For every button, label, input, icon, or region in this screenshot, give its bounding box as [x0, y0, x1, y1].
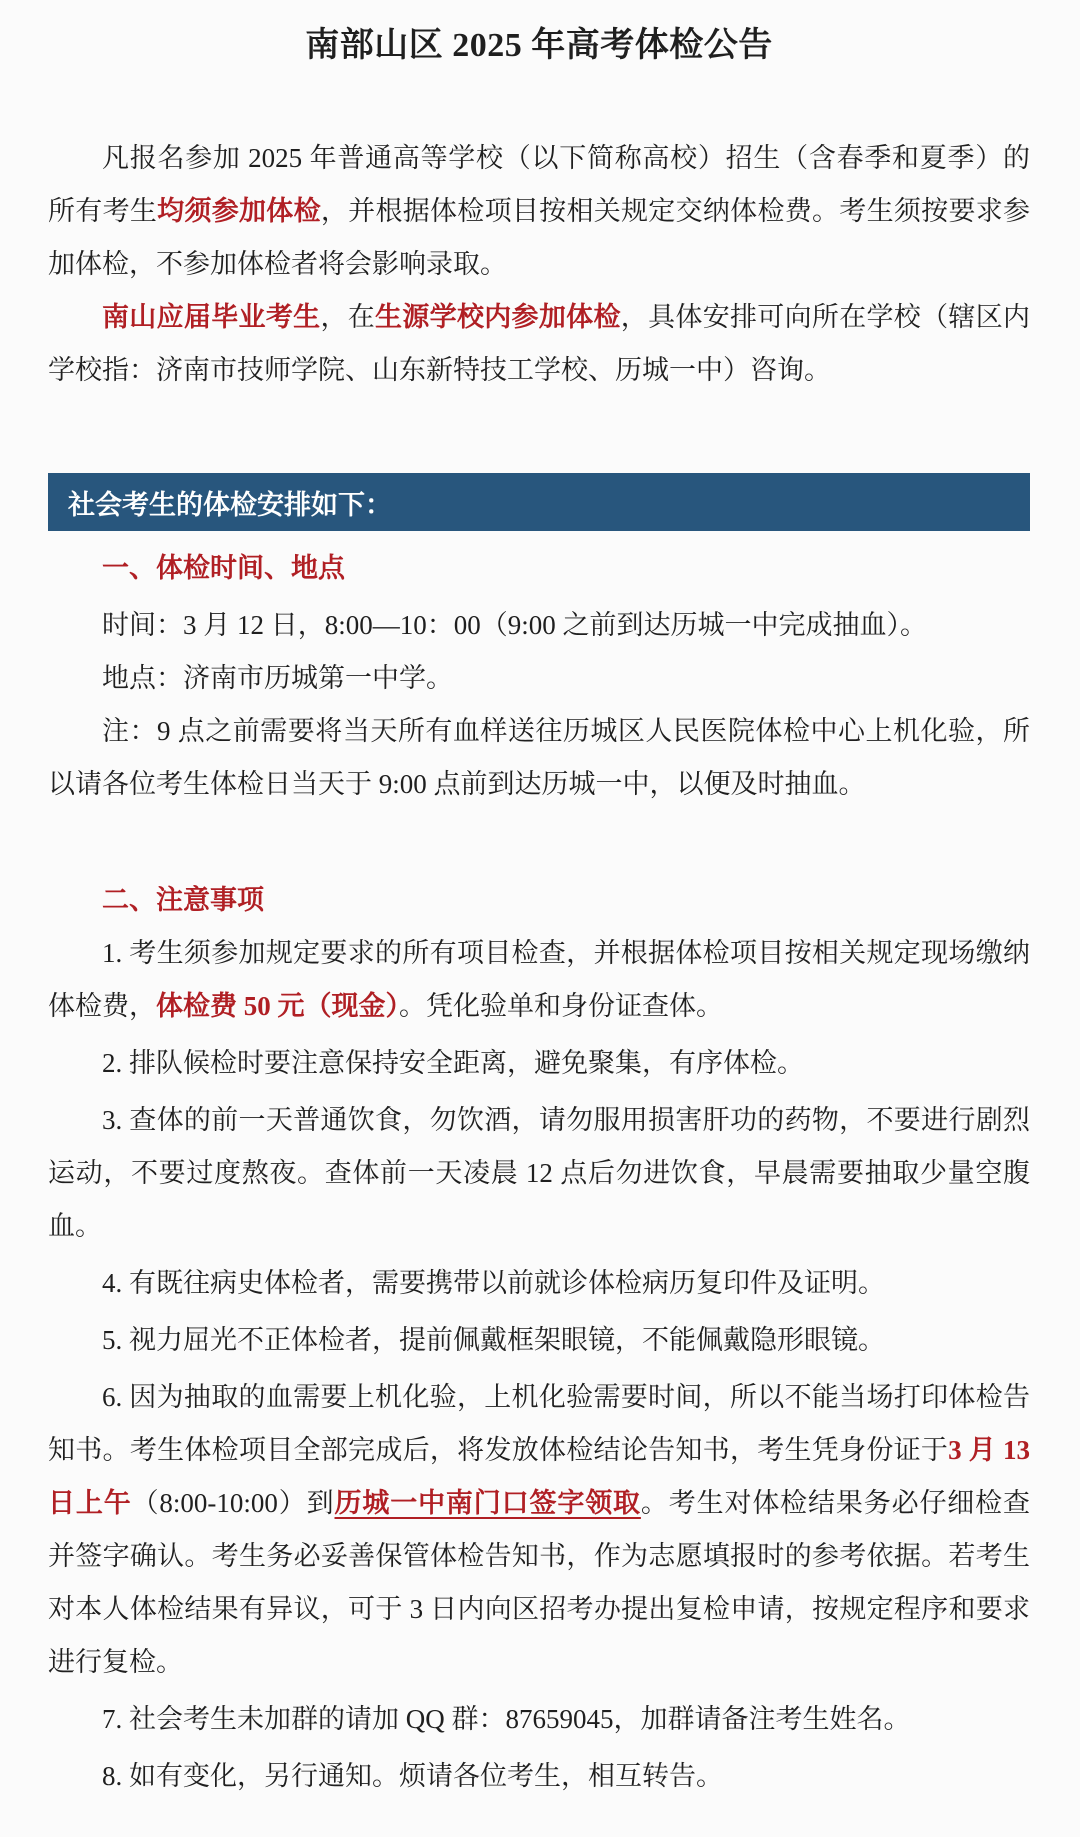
section-banner: 社会考生的体检安排如下： — [48, 473, 1030, 531]
body-text: 5. 视力屈光不正体检者，提前佩戴框架眼镜，不能佩戴隐形眼镜。 — [102, 1325, 885, 1355]
note-line: 注：9 点之前需要将当天所有血样送往历城区人民医院体检中心上机化验，所以请各位考… — [48, 705, 1030, 811]
emphasis-text: 体检费 50 元（现金） — [156, 991, 399, 1021]
section-heading-time-place: 一、体检时间、地点 — [48, 551, 1030, 585]
notice-item-1: 1. 考生须参加规定要求的所有项目检查，并根据体检项目按相关规定现场缴纳体检费，… — [48, 927, 1030, 1033]
section-banner-label: 社会考生的体检安排如下： — [68, 483, 392, 522]
notes-item-list: 1. 考生须参加规定要求的所有项目检查，并根据体检项目按相关规定现场缴纳体检费，… — [48, 927, 1030, 1803]
body-text: 6. 因为抽取的血需要上机化验，上机化验需要时间，所以不能当场打印体检告知书。考… — [48, 1382, 1030, 1465]
section-heading-notes: 二、注意事项 — [48, 883, 1030, 917]
intro-paragraph-2: 南山应届毕业考生，在生源学校内参加体检，具体安排可向所在学校（辖区内学校指：济南… — [48, 291, 1030, 397]
emphasis-text: 南山应届毕业考生 — [102, 302, 320, 332]
notice-item-5: 5. 视力屈光不正体检者，提前佩戴框架眼镜，不能佩戴隐形眼镜。 — [48, 1314, 1030, 1367]
body-text: 地点：济南市历城第一中学。 — [102, 663, 453, 693]
intro-paragraph-1: 凡报名参加 2025 年普通高等学校（以下简称高校）招生（含春季和夏季）的所有考… — [48, 132, 1030, 291]
notice-item-3: 3. 查体的前一天普通饮食，勿饮酒，请勿服用损害肝功的药物，不要进行剧烈运动，不… — [48, 1094, 1030, 1253]
body-text: ，在 — [320, 302, 375, 332]
body-text: 。凭化验单和身份证查体。 — [399, 991, 723, 1021]
body-text: （8:00-10:00）到 — [132, 1488, 335, 1518]
time-line: 时间：3 月 12 日，8:00—10：00（9:00 之前到达历城一中完成抽血… — [48, 599, 1030, 652]
body-text: 2. 排队候检时要注意保持安全距离，避免聚集，有序体检。 — [102, 1048, 804, 1078]
emphasis-text: 历城一中南门口签字领取 — [335, 1488, 641, 1518]
notice-item-2: 2. 排队候检时要注意保持安全距离，避免聚集，有序体检。 — [48, 1037, 1030, 1090]
body-text: 4. 有既往病史体检者，需要携带以前就诊体检病历复印件及证明。 — [102, 1268, 885, 1298]
place-line: 地点：济南市历城第一中学。 — [48, 652, 1030, 705]
body-text: 注：9 点之前需要将当天所有血样送往历城区人民医院体检中心上机化验，所以请各位考… — [48, 716, 1030, 799]
body-text: 7. 社会考生未加群的请加 QQ 群：87659045，加群请备注考生姓名。 — [102, 1704, 911, 1734]
notice-item-8: 8. 如有变化，另行通知。烦请各位考生，相互转告。 — [48, 1750, 1030, 1803]
section-time-place-body: 时间：3 月 12 日，8:00—10：00（9:00 之前到达历城一中完成抽血… — [48, 599, 1030, 811]
notice-item-7: 7. 社会考生未加群的请加 QQ 群：87659045，加群请备注考生姓名。 — [48, 1693, 1030, 1746]
body-text: 3. 查体的前一天普通饮食，勿饮酒，请勿服用损害肝功的药物，不要进行剧烈运动，不… — [48, 1105, 1030, 1241]
notice-item-4: 4. 有既往病史体检者，需要携带以前就诊体检病历复印件及证明。 — [48, 1257, 1030, 1310]
body-text: 8. 如有变化，另行通知。烦请各位考生，相互转告。 — [102, 1761, 723, 1791]
document-title: 南部山区 2025 年高考体检公告 — [48, 22, 1030, 70]
notice-item-6: 6. 因为抽取的血需要上机化验，上机化验需要时间，所以不能当场打印体检告知书。考… — [48, 1371, 1030, 1689]
emphasis-text: 生源学校内参加体检 — [375, 302, 621, 332]
emphasis-text: 均须参加体检 — [157, 196, 321, 226]
announcement-document: 南部山区 2025 年高考体检公告 凡报名参加 2025 年普通高等学校（以下简… — [0, 0, 1080, 1837]
body-text: 时间：3 月 12 日，8:00—10：00（9:00 之前到达历城一中完成抽血… — [102, 610, 927, 640]
